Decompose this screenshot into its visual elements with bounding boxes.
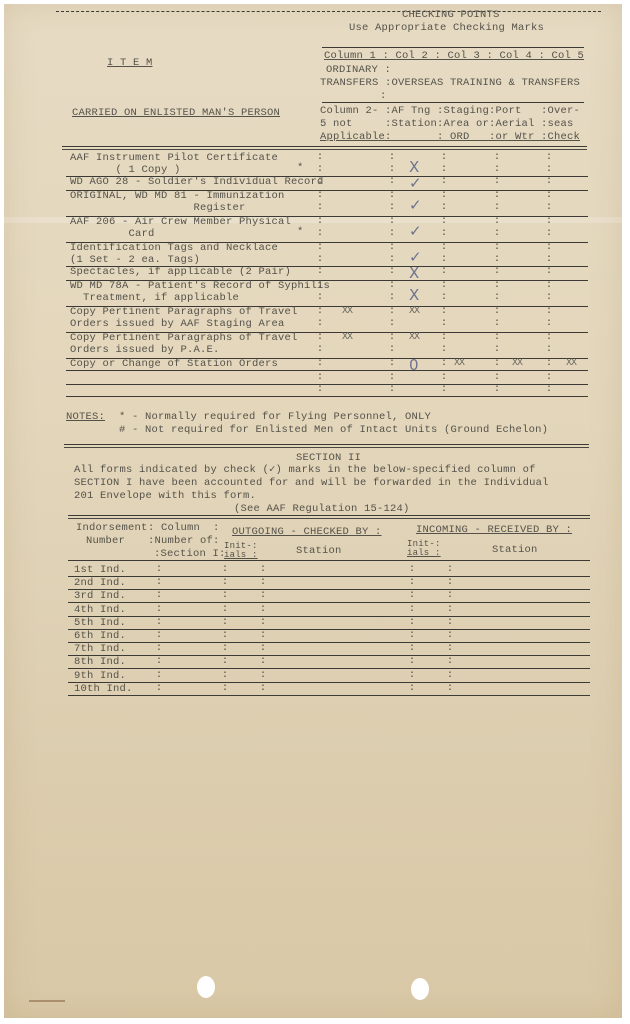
column-separator: : (546, 254, 552, 265)
section2-title: SECTION II (296, 452, 361, 464)
check-mark: ✓ (409, 196, 422, 214)
column-separator: : (441, 358, 447, 369)
station-heading-in: Station (492, 544, 538, 556)
x-mark: X (409, 286, 419, 304)
item-label: Spectacles, if applicable (2 Pair) (70, 266, 291, 278)
flying-personnel-marker: * (297, 162, 304, 174)
column-heading: : Column : (148, 522, 220, 534)
colon: : (380, 90, 387, 102)
column-separator: : (389, 190, 395, 201)
column-separator: : (447, 564, 453, 575)
column-separator: : (317, 176, 323, 187)
column-separator: : (441, 372, 447, 383)
column-separator: : (441, 306, 447, 317)
item-label: Copy Pertinent Paragraphs of Travel (70, 332, 298, 344)
column-separator: : (447, 683, 453, 694)
row-rule (68, 655, 590, 656)
column-separator: : (494, 306, 500, 317)
column-separator: : (389, 216, 395, 227)
column-separator: : (317, 318, 323, 329)
column-separator: : (447, 590, 453, 601)
column-separator: : (317, 306, 323, 317)
xx-mark: XX (409, 306, 419, 317)
section2-text-1: All forms indicated by check (✓) marks i… (74, 464, 536, 476)
column-separator: : (156, 630, 162, 641)
column-separator: : (494, 164, 500, 175)
column-separator: : (389, 318, 395, 329)
column-separator: : (441, 152, 447, 163)
column-headings: Column 1 : Col 2 : Col 3 : Col 4 : Col 5 (324, 50, 584, 62)
item-label-line2: ( 1 Copy ) (70, 164, 181, 176)
column-separator: : (317, 280, 323, 291)
column-separator: : (222, 617, 228, 628)
column-separator: : (260, 630, 266, 641)
column-separator: : (494, 190, 500, 201)
column-separator: : (222, 577, 228, 588)
column-separator: : (546, 332, 552, 343)
column-separator: : (546, 280, 552, 291)
column-separator: : (389, 164, 395, 175)
column-separator: : (156, 604, 162, 615)
column-separator: : (317, 164, 323, 175)
column-separator: : (546, 372, 552, 383)
column-separator: : (222, 670, 228, 681)
row-rule (68, 589, 590, 590)
column-separator: : (389, 384, 395, 395)
column-separator: : (546, 164, 552, 175)
item-label-line2: Treatment, if applicable (70, 292, 239, 304)
column-separator: : (260, 683, 266, 694)
item-label: Copy or Change of Station Orders (70, 358, 278, 370)
column-separator: : (546, 358, 552, 369)
column-separator: : (546, 216, 552, 227)
column-separator: : (409, 656, 415, 667)
section2-top-rule (64, 444, 589, 445)
note-star: * - Normally required for Flying Personn… (119, 411, 431, 423)
item-label: WD AGO 28 - Soldier's Individual Record (70, 176, 324, 188)
indorsement-number: 3rd Ind. (74, 590, 126, 602)
outgoing-heading: OUTGOING - CHECKED BY : (232, 526, 382, 538)
checking-points-title: CHECKING POINTS (402, 9, 500, 21)
column-separator: : (317, 372, 323, 383)
column-separator: : (447, 670, 453, 681)
column-separator: : (494, 280, 500, 291)
item-label-line2: Orders issued by AAF Staging Area (70, 318, 285, 330)
column-separator: : (389, 372, 395, 383)
column-separator: : (409, 590, 415, 601)
xx-mark: XX (454, 358, 464, 369)
item-heading: I T E M (107, 57, 153, 69)
column-separator: : (441, 254, 447, 265)
incoming-heading: INCOMING - RECEIVED BY : (416, 524, 572, 536)
row-rule (68, 682, 590, 683)
column-separator: : (156, 643, 162, 654)
column-separator: : (317, 292, 323, 303)
xx-mark: XX (409, 332, 419, 343)
column-separator: : (389, 358, 395, 369)
column-separator: : (317, 202, 323, 213)
column-separator: : (317, 152, 323, 163)
column-separator: : (494, 254, 500, 265)
section2-text-2: SECTION I have been accounted for and wi… (74, 477, 549, 489)
header-rule (322, 47, 584, 48)
column-separator: : (389, 152, 395, 163)
item-label: AAF 206 - Air Crew Member Physical (70, 216, 291, 228)
column-separator: : (546, 202, 552, 213)
column-separator: : (447, 577, 453, 588)
column-separator: : (389, 306, 395, 317)
column-separator: : (156, 670, 162, 681)
notes-label: NOTES: (66, 411, 105, 423)
item-label-line2: (1 Set - 2 ea. Tags) (70, 254, 200, 266)
column-separator: : (494, 176, 500, 187)
column-separator: : (317, 228, 323, 239)
column-separator: : (222, 683, 228, 694)
column-separator: : (317, 332, 323, 343)
column-separator: : (447, 643, 453, 654)
column-separator: : (546, 344, 552, 355)
column-separator: : (441, 176, 447, 187)
column-separator: : (546, 266, 552, 277)
row-rule (66, 384, 588, 385)
indorsement-number: 1st Ind. (74, 564, 126, 576)
item-label: ORIGINAL, WD MD 81 - Immunization (70, 190, 285, 202)
column-separator: : (222, 604, 228, 615)
indorsement-number: 4th Ind. (74, 604, 126, 616)
indorsement-top-rule (68, 515, 590, 516)
row-rule (68, 602, 590, 603)
column-separator: : (409, 604, 415, 615)
column-separator: : (441, 164, 447, 175)
column-separator: : (494, 266, 500, 277)
column-separator: : (317, 216, 323, 227)
check-mark: ✓ (409, 222, 422, 240)
number-of-heading: :Number of: (148, 535, 220, 547)
column-separator: : (409, 670, 415, 681)
column-separator: : (260, 656, 266, 667)
column-separator: : (546, 318, 552, 329)
top-rule (56, 11, 601, 12)
column-separator: : (389, 242, 395, 253)
regulation-reference: (See AAF Regulation 15-124) (234, 503, 410, 515)
column-separator: : (317, 384, 323, 395)
column-separator: : (409, 577, 415, 588)
column-separator: : (260, 643, 266, 654)
column-separator: : (222, 643, 228, 654)
punch-hole (411, 978, 429, 1000)
column-separator: : (546, 306, 552, 317)
note-hash: # - Not required for Enlisted Men of Int… (119, 424, 548, 436)
row-rule (68, 616, 590, 617)
item-label-line2: Orders issued by P.A.E. (70, 344, 220, 356)
transfers-label: TRANSFERS :OVERSEAS TRAINING & TRANSFERS (320, 77, 580, 89)
header-rule (322, 102, 584, 103)
column-separator: : (546, 384, 552, 395)
row-rule (68, 629, 590, 630)
column-separator: : (260, 604, 266, 615)
column-separator: : (409, 643, 415, 654)
column-separator: : (389, 228, 395, 239)
item-label-line2: Card (70, 228, 155, 240)
row-rule (68, 576, 590, 577)
column-separator: : (389, 266, 395, 277)
station-heading-out: Station (296, 545, 342, 557)
row-rule (68, 695, 590, 696)
indorsement-number: 2nd Ind. (74, 577, 126, 589)
ink-smudge (29, 1000, 65, 1002)
column-separator: : (546, 152, 552, 163)
column-separator: : (409, 617, 415, 628)
column-separator: : (389, 254, 395, 265)
row-rule (66, 396, 588, 397)
indorsement-number: 10th Ind. (74, 683, 133, 695)
item-label-line2: Register (70, 202, 246, 214)
column-separator: : (441, 202, 447, 213)
column-separator: : (546, 292, 552, 303)
column-separator: : (222, 630, 228, 641)
column-separator: : (494, 242, 500, 253)
column-separator: : (441, 190, 447, 201)
column-separator: : (389, 292, 395, 303)
column-separator: : (494, 318, 500, 329)
column-separator: : (260, 670, 266, 681)
column-separator: : (494, 344, 500, 355)
column-separator: : (546, 176, 552, 187)
column-separator: : (447, 604, 453, 615)
indorsement-number: 8th Ind. (74, 656, 126, 668)
column-separator: : (156, 617, 162, 628)
column-separator: : (260, 617, 266, 628)
column-separator: : (494, 152, 500, 163)
column-separator: : (317, 344, 323, 355)
column-separator: : (447, 630, 453, 641)
sub-heading-1: Column 2- :AF Tng :Staging:Port :Over- (320, 105, 580, 117)
column-separator: : (494, 202, 500, 213)
column-separator: : (546, 228, 552, 239)
column-separator: : (494, 228, 500, 239)
item-label: WD MD 78A - Patient's Record of Syphilis (70, 280, 330, 292)
column-separator: : (317, 190, 323, 201)
section1-top-rule (62, 146, 587, 147)
indorsement-number: 5th Ind. (74, 617, 126, 629)
column-separator: : (317, 254, 323, 265)
column-separator: : (447, 656, 453, 667)
column-separator: : (409, 683, 415, 694)
column-separator: : (222, 564, 228, 575)
column-separator: : (409, 564, 415, 575)
column-separator: : (260, 577, 266, 588)
xx-mark: XX (342, 332, 352, 343)
column-separator: : (441, 332, 447, 343)
zero-mark: 0 (409, 356, 419, 374)
section-heading: :Section I: (154, 548, 226, 560)
initials-heading-in-2: ials : (407, 547, 441, 559)
column-separator: : (260, 564, 266, 575)
column-separator: : (222, 590, 228, 601)
item-label: Copy Pertinent Paragraphs of Travel (70, 306, 298, 318)
carried-heading: CARRIED ON ENLISTED MAN'S PERSON (72, 107, 280, 119)
column-separator: : (317, 242, 323, 253)
sub-heading-2: 5 not :Station:Area or:Aerial :seas (320, 118, 574, 130)
column-separator: : (260, 590, 266, 601)
column-separator: : (156, 590, 162, 601)
column-separator: : (441, 216, 447, 227)
column-separator: : (494, 372, 500, 383)
column-separator: : (441, 292, 447, 303)
number-heading: Number (86, 535, 125, 547)
column-separator: : (156, 577, 162, 588)
xx-mark: XX (512, 358, 522, 369)
column-separator: : (441, 280, 447, 291)
xx-mark: XX (342, 306, 352, 317)
section2-text-3: 201 Envelope with this form. (74, 490, 256, 502)
column-separator: : (156, 656, 162, 667)
xx-mark: XX (566, 358, 576, 369)
column-separator: : (389, 280, 395, 291)
indorsement-number: 6th Ind. (74, 630, 126, 642)
column-separator: : (494, 384, 500, 395)
indorsement-number: 9th Ind. (74, 670, 126, 682)
column-separator: : (441, 242, 447, 253)
column-separator: : (317, 358, 323, 369)
item-label: Identification Tags and Necklace (70, 242, 278, 254)
column-separator: : (447, 617, 453, 628)
column-separator: : (156, 564, 162, 575)
column-separator: : (389, 202, 395, 213)
document-page: CHECKING POINTS Use Appropriate Checking… (4, 4, 622, 1018)
indorsement-number: 7th Ind. (74, 643, 126, 655)
column-separator: : (441, 344, 447, 355)
column-separator: : (441, 318, 447, 329)
column-separator: : (494, 358, 500, 369)
punch-hole (197, 976, 215, 998)
column-separator: : (156, 683, 162, 694)
column-separator: : (317, 266, 323, 277)
column-separator: : (389, 344, 395, 355)
column-separator: : (441, 384, 447, 395)
indorsement-heading: Indorsement (76, 522, 148, 534)
column-separator: : (389, 332, 395, 343)
column-separator: : (409, 630, 415, 641)
row-rule (68, 668, 590, 669)
row-rule (68, 642, 590, 643)
column-separator: : (546, 242, 552, 253)
flying-personnel-marker: * (297, 226, 304, 238)
row-rule (66, 370, 588, 371)
sub-heading-3: Applicable: : ORD :or Wtr :Check (320, 131, 580, 143)
column-separator: : (546, 190, 552, 201)
indorsement-header-rule (68, 560, 590, 561)
ordinary-label: ORDINARY : (326, 64, 391, 76)
column-separator: : (389, 176, 395, 187)
column-separator: : (494, 216, 500, 227)
column-separator: : (441, 266, 447, 277)
item-label: AAF Instrument Pilot Certificate (70, 152, 278, 164)
column-separator: : (494, 292, 500, 303)
column-separator: : (222, 656, 228, 667)
checking-marks-subtitle: Use Appropriate Checking Marks (349, 22, 544, 34)
column-separator: : (494, 332, 500, 343)
column-separator: : (441, 228, 447, 239)
